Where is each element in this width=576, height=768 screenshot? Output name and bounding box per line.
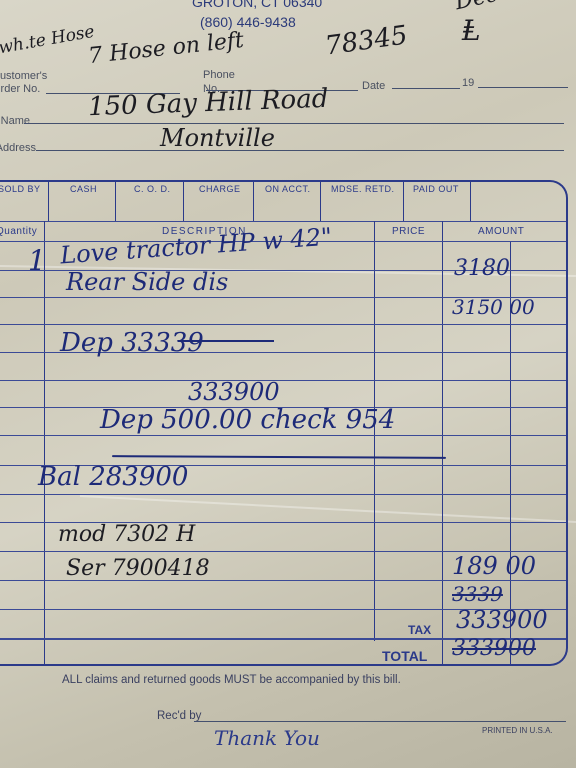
charge-header: CHARGE <box>199 184 241 194</box>
handwritten-order-number: 78345 <box>323 20 409 61</box>
recd-by-signature-line[interactable] <box>194 721 566 722</box>
cash-header: CASH <box>70 184 97 194</box>
thank-you-script: Thank You <box>214 726 320 750</box>
handwritten-note: Dec <box>453 0 500 15</box>
tax-label: TAX <box>408 623 431 637</box>
paid-out-header: PAID OUT <box>413 184 459 194</box>
year-field[interactable] <box>478 87 568 88</box>
row-3-amount: 3150 00 <box>452 295 535 319</box>
address-field[interactable] <box>36 150 564 151</box>
claims-notice: ALL claims and returned goods MUST be ac… <box>62 674 401 686</box>
quantity-header: Quantity <box>0 226 37 237</box>
tax-value: 333900 <box>456 606 548 634</box>
handwritten-note: wh.te Hose <box>0 22 96 59</box>
date-field[interactable] <box>392 88 460 89</box>
shop-phone: (860) 446-9438 <box>200 14 296 30</box>
cod-header: C. O. D. <box>134 184 171 194</box>
price-header: PRICE <box>392 226 425 237</box>
name-value: 150 Gay Hill Road <box>88 84 329 122</box>
row-model: mod 7302 H <box>58 522 195 547</box>
shop-city-line: GROTON, CT 06340 <box>192 0 322 10</box>
row-1-amount: 3180 <box>454 256 510 281</box>
sold-by-header: SOLD BY <box>0 184 41 194</box>
strikethrough <box>178 340 274 342</box>
year-prefix: 19 <box>462 77 474 89</box>
printed-in-usa: PRINTED IN U.S.A. <box>482 726 553 735</box>
total-value: 333900 <box>452 636 536 661</box>
address-value: Montville <box>160 124 275 152</box>
row-1-qty: 1 <box>28 244 46 277</box>
row-balance: Bal 283900 <box>38 462 188 492</box>
row-2-desc: Rear Side dis <box>66 268 228 296</box>
row-scribbled-amount: 3339 <box>452 582 503 606</box>
handwritten-note: 7 Hose on left <box>87 28 245 69</box>
row-serial: Ser 7900418 <box>66 556 210 581</box>
amount-header: AMOUNT <box>478 226 524 237</box>
row-serial-amount: 189 00 <box>452 552 536 580</box>
total-label: TOTAL <box>382 648 427 664</box>
name-label: Name <box>0 115 30 127</box>
address-label: Address <box>0 142 36 154</box>
mdse-retd-header: MDSE. RETD. <box>331 184 395 194</box>
handwritten-mark: Ⱡ <box>462 14 481 47</box>
row-subtotal: 333900 <box>188 378 280 406</box>
date-label: Date <box>362 80 385 92</box>
row-deposit-1: Dep 33339 <box>60 328 204 358</box>
on-acct-header: ON ACCT. <box>265 184 311 194</box>
name-field[interactable] <box>24 123 564 124</box>
row-deposit-2: Dep 500.00 check 954 <box>100 405 395 435</box>
